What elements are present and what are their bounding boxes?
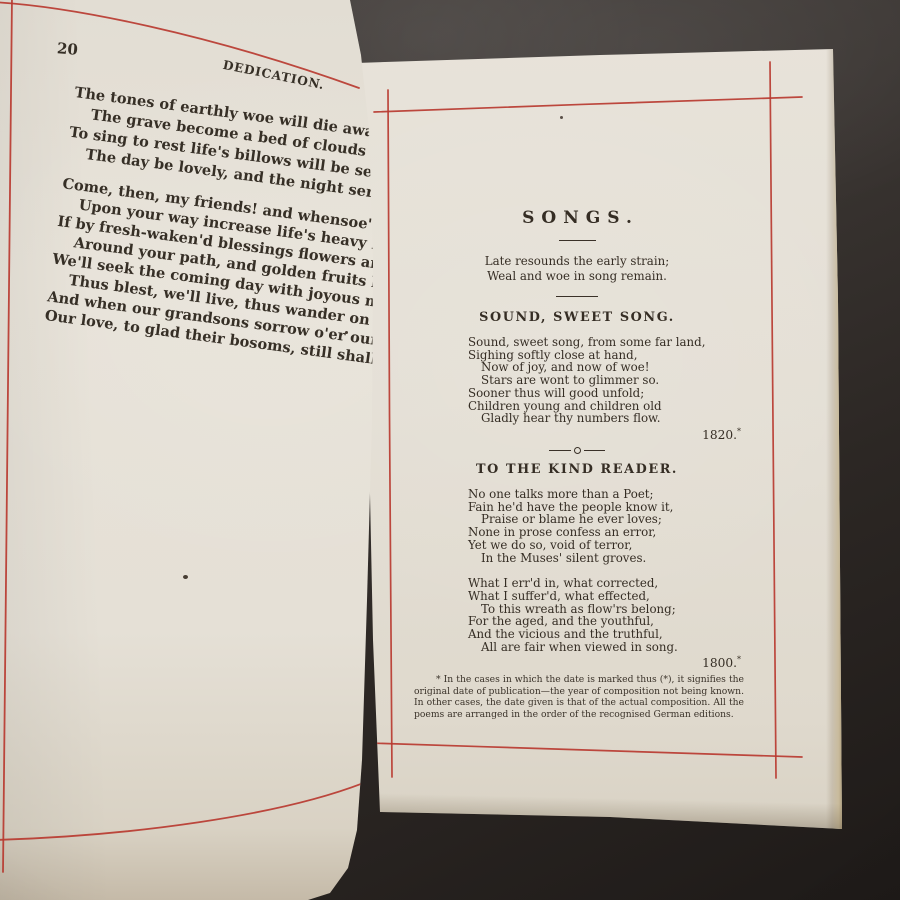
poem-line: No one talks more than a Poet; [468, 488, 717, 501]
poem-line: And the vicious and the truthful, [468, 628, 717, 641]
poem-line: What I err'd in, what corrected, [468, 577, 717, 590]
poem-line: Stars are wont to glimmer so. [468, 374, 717, 387]
right-page-text-block: SONGS. Late resounds the early strain; W… [437, 208, 717, 670]
poem-to-the-kind-reader-stanza-2: What I err'd in, what corrected, What I … [437, 577, 717, 653]
poem-date: 1800.* [437, 655, 741, 670]
date-value: 1800. [702, 656, 737, 670]
divider-rule [559, 240, 596, 241]
dedication-stanza-2: Come, then, my friends! and whensoe'er y… [44, 174, 401, 370]
open-book-photo: SONGS. Late resounds the early strain; W… [0, 0, 900, 900]
poem-date: 1820.* [437, 427, 741, 442]
footnote-marker: * [737, 655, 741, 664]
divider-rule [556, 296, 598, 297]
epigraph: Late resounds the early strain; Weal and… [437, 254, 717, 284]
epigraph-line: Late resounds the early strain; [437, 254, 717, 269]
poem-line: Sooner thus will good unfold; [468, 387, 717, 400]
ink-speck [560, 116, 563, 119]
ornament-divider [549, 447, 605, 454]
running-head: DEDICATION. [222, 58, 326, 92]
page-number: 20 [56, 39, 78, 59]
ink-speck [345, 331, 348, 334]
poem-to-the-kind-reader-stanza-1: No one talks more than a Poet; Fain he'd… [437, 488, 717, 564]
date-value: 1820. [702, 428, 737, 442]
poem-sound-sweet-song: Sound, sweet song, from some far land, S… [437, 336, 717, 425]
poem-line: None in prose confess an error, [468, 526, 717, 539]
poem-line: In the Muses' silent groves. [468, 552, 717, 565]
poem-line: All are fair when viewed in song. [468, 641, 717, 654]
poem-title: SOUND, SWEET SONG. [437, 310, 717, 325]
poem-line: Yet we do so, void of terror, [468, 539, 717, 552]
ink-speck [183, 575, 188, 579]
poem-line: What I suffer'd, what effected, [468, 590, 717, 603]
section-title: SONGS. [437, 208, 717, 228]
poem-title: TO THE KIND READER. [437, 462, 717, 477]
poem-line: Sound, sweet song, from some far land, [468, 336, 717, 349]
epigraph-line: Weal and woe in song remain. [437, 269, 717, 284]
poem-line: Gladly hear thy numbers flow. [468, 412, 717, 425]
footnote-marker: * [737, 427, 741, 436]
footnote-text: * In the cases in which the date is mark… [414, 674, 744, 720]
left-page-text-block: The tones of earthly woe will die away, … [44, 83, 413, 370]
